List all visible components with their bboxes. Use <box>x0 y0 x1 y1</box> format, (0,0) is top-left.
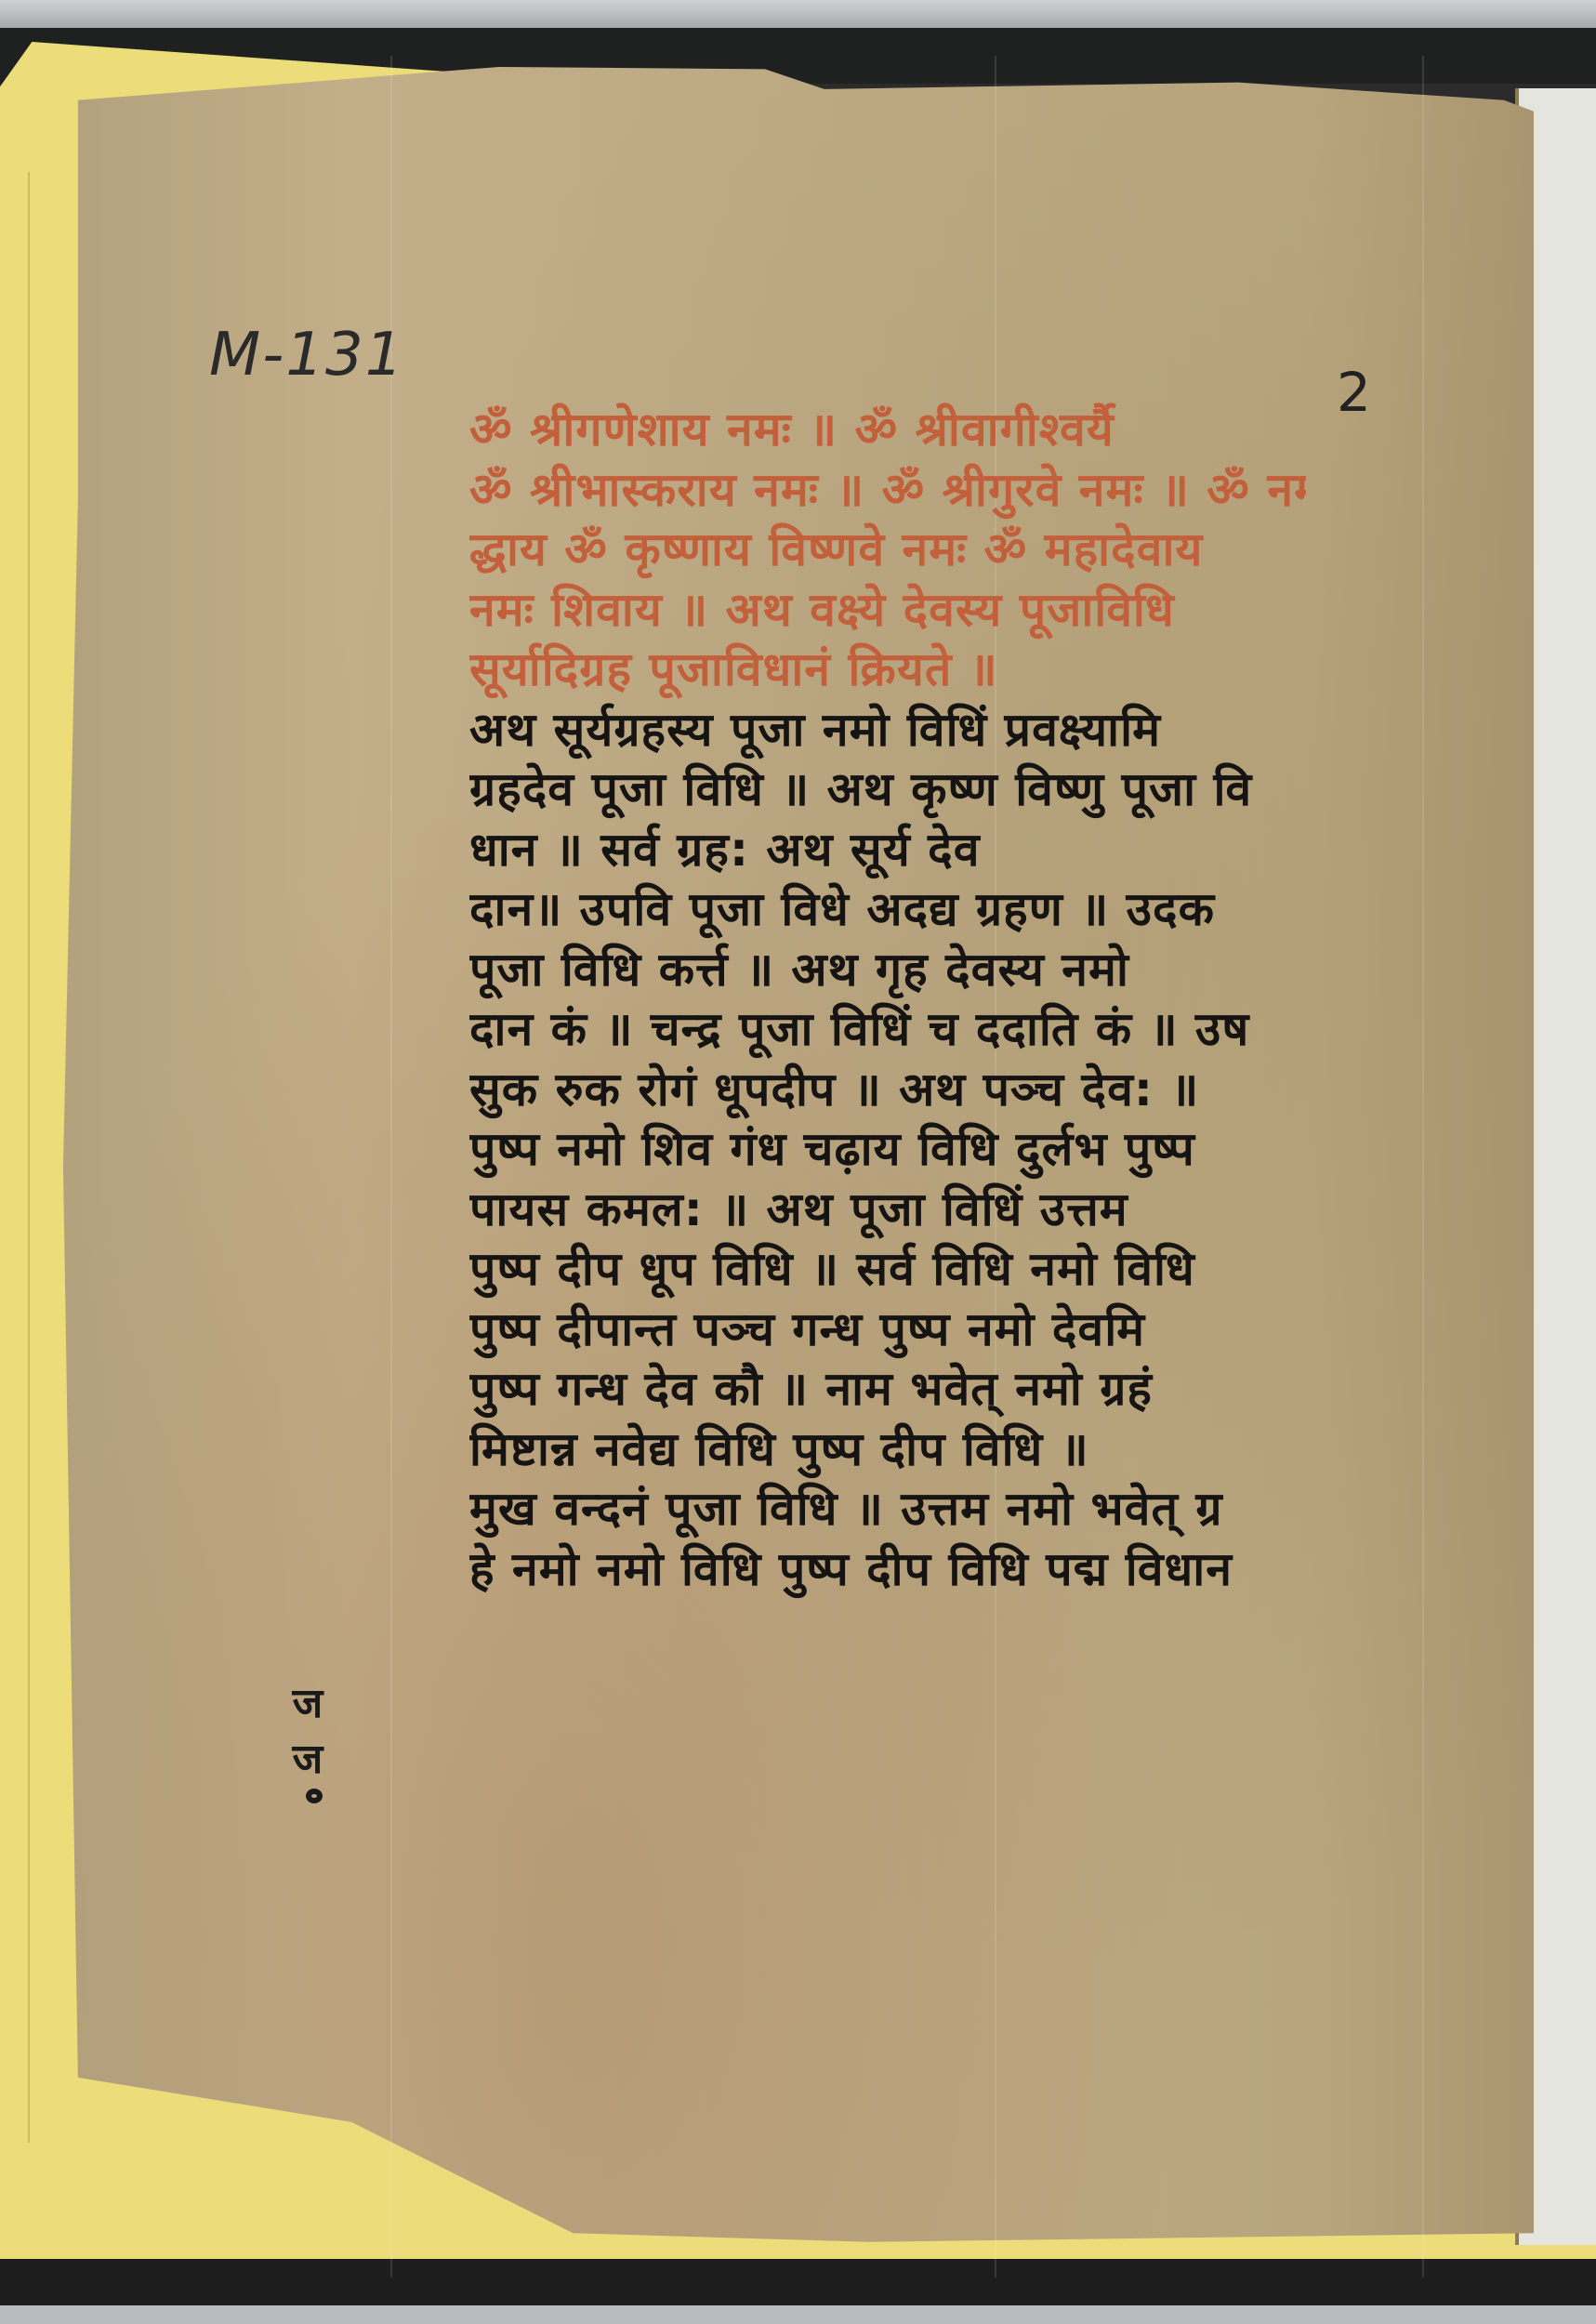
body-line: दान कं ॥ चन्द्र पूजा विधिं च ददाति कं ॥ … <box>469 999 1306 1060</box>
page-number: 2 <box>1337 361 1371 424</box>
paper-fold-line <box>1422 56 1424 2278</box>
catalog-number: M-131 <box>209 321 404 390</box>
body-line: पूजा विधि कर्त्त ॥ अथ गृह देवस्य नमो <box>469 940 1306 1000</box>
yellow-sheet-edge <box>28 172 30 2143</box>
body-line: मिष्टान्न नवेद्य विधि पुष्प दीप विधि ॥ <box>469 1419 1306 1480</box>
body-line: पुष्प दीप धूप विधि ॥ सर्व विधि नमो विधि <box>469 1239 1306 1300</box>
body-line: पुष्प गन्ध देव कौ ॥ नाम भवेत् नमो ग्रहं <box>469 1359 1306 1419</box>
margin-foliation-letters: ज ज <box>258 1673 370 1785</box>
body-line: अथ सूर्यग्रहस्य पूजा नमो विधिं प्रवक्ष्य… <box>469 700 1306 760</box>
rubric-line: ॐ श्रीगणेशाय नमः ॥ ॐ श्रीवागीश्वर्यै <box>469 400 1306 460</box>
body-line: पायस कमल: ॥ अथ पूजा विधिं उत्तम <box>469 1180 1306 1240</box>
margin-foliation: ज ज <box>258 1673 370 1803</box>
rubric-line: सूर्यादिग्रह पूजाविधानं क्रियते ॥ <box>469 640 1306 700</box>
rubric-line: ॐ श्रीभास्कराय नमः ॥ ॐ श्रीगुरवे नमः ॥ ॐ… <box>469 460 1306 521</box>
rubric-line: द्धाय ॐ कृष्णाय विष्णवे नमः ॐ महादेवाय <box>469 520 1306 580</box>
manuscript-text-block: ॐ श्रीगणेशाय नमः ॥ ॐ श्रीवागीश्वर्यै ॐ श… <box>469 400 1306 1599</box>
body-line: पुष्प नमो शिव गंध चढ़ाय विधि दुर्लभ पुष्… <box>469 1119 1306 1180</box>
body-line: सुक रुक रोगं धूपदीप ॥ अथ पञ्च देव: ॥ <box>469 1060 1306 1120</box>
body-line: हे नमो नमो विधि पुष्प दीप विधि पद्म विधा… <box>469 1539 1306 1600</box>
body-line: मुख वन्दनं पूजा विधि ॥ उत्तम नमो भवेत् ग… <box>469 1479 1306 1539</box>
body-line: ग्रहदेव पूजा विधि ॥ अथ कृष्ण विष्णु पूजा… <box>469 759 1306 820</box>
body-line: धान ॥ सर्व ग्रह: अथ सूर्य देव <box>469 820 1306 880</box>
scanner-bed-bottom <box>0 2305 1596 2324</box>
rubric-line: नमः शिवाय ॥ अथ वक्ष्ये देवस्य पूजाविधि <box>469 580 1306 640</box>
circle-mark-icon <box>306 1789 323 1803</box>
body-line: दान॥ उपवि पूजा विधे अदद्य ग्रहण ॥ उदक <box>469 879 1306 940</box>
body-line: पुष्प दीपान्त पञ्च गन्ध पुष्प नमो देवमि <box>469 1300 1306 1360</box>
